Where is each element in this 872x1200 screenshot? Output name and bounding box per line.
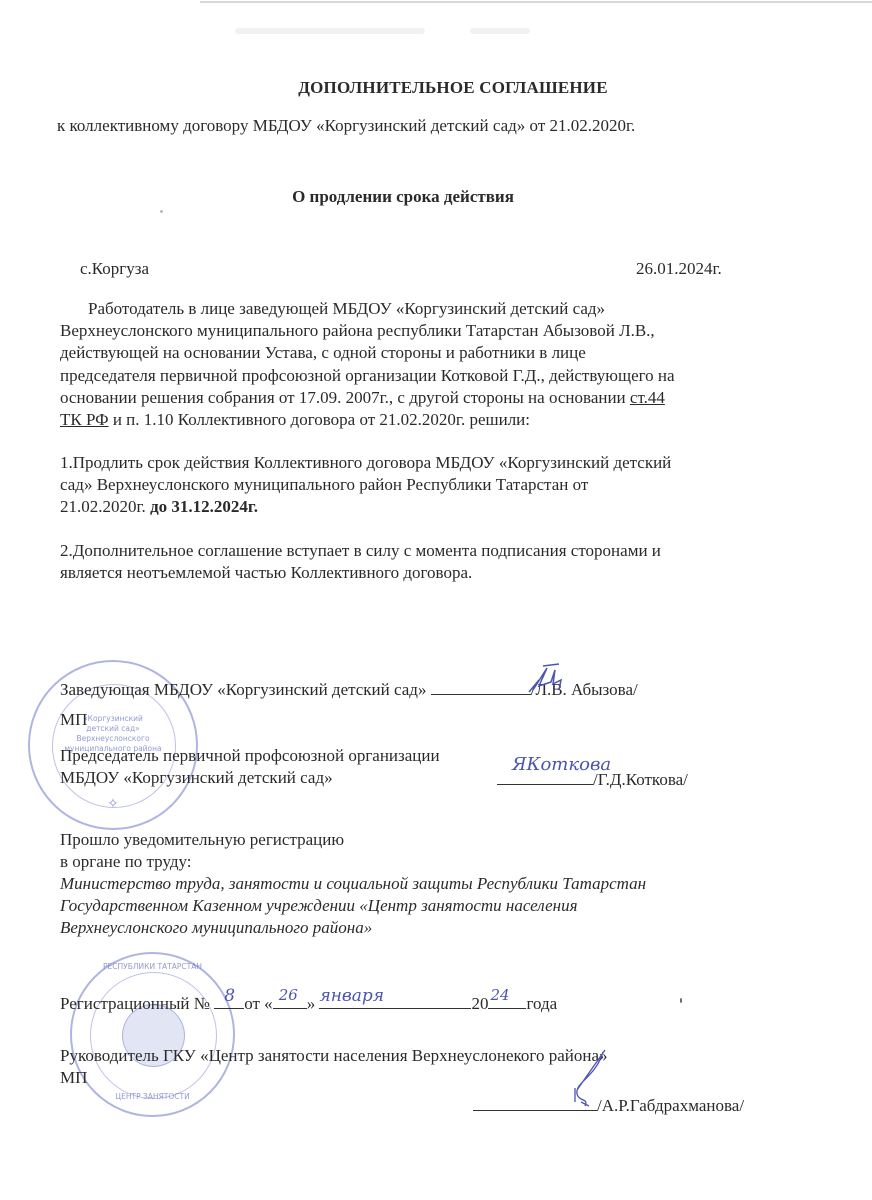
- preamble-line: ТК РФ и п. 1.10 Коллективного договора о…: [60, 409, 800, 431]
- year-value: 24: [490, 986, 509, 1004]
- day-field: 26: [273, 992, 307, 1009]
- registration-number-label: Регистрационный №: [60, 994, 210, 1013]
- head-signature-line: [431, 678, 531, 695]
- year-label: года: [526, 994, 557, 1013]
- stamp-text: ЦЕНТР ЗАНЯТОСТИ: [72, 1092, 233, 1101]
- registration-org-line2: Государственном Казенном учреждении «Цен…: [60, 896, 578, 916]
- director-name: /А.Р.Габдрахманова/: [597, 1096, 744, 1115]
- day-value: 26: [279, 986, 298, 1004]
- stamp-text: Верхнеуслонского: [30, 734, 196, 743]
- stamp-star-icon: ✧: [30, 800, 196, 809]
- item-1-line: 1.Продлить срок действия Коллективного д…: [60, 452, 800, 474]
- scan-edge-line: [200, 1, 872, 3]
- preamble-line: Верхнеуслонского муниципального района р…: [60, 320, 800, 342]
- head-role: Заведующая МБДОУ «Коргузинский детский с…: [60, 680, 426, 699]
- director-signature-line: [473, 1094, 597, 1111]
- registration-number-row: Регистрационный № 8от «26» января2024год…: [60, 992, 557, 1014]
- year-field: 24: [488, 992, 526, 1009]
- day-close: »: [307, 994, 316, 1013]
- director-signature-row: /А.Р.Габдрахманова/: [473, 1094, 744, 1116]
- document-date: 26.01.2024г.: [636, 259, 722, 279]
- item-2-line: является неотъемлемой частью Коллективно…: [60, 562, 800, 584]
- preamble-text: и п. 1.10 Коллективного договора от 21.0…: [109, 410, 530, 429]
- document-title: ДОПОЛНИТЕЛЬНОЕ СОГЛАШЕНИЕ: [0, 78, 872, 98]
- stamp-text: «Коргузинский: [30, 714, 196, 723]
- preamble-paragraph: Работодатель в лице заведующей МБДОУ «Ко…: [60, 298, 800, 431]
- month-value: января: [319, 986, 384, 1006]
- preamble-line: основании решения собрания от 17.09. 200…: [60, 387, 800, 409]
- registration-number-value: 8: [224, 986, 235, 1006]
- month-field: января: [319, 992, 471, 1009]
- item-2-paragraph: 2.Дополнительное соглашение вступает в с…: [60, 540, 800, 584]
- scan-speck: [160, 210, 163, 213]
- labor-code-reference-link[interactable]: ТК РФ: [60, 410, 109, 429]
- item-1-line: 21.02.2020г. до 31.12.2024г.: [60, 496, 800, 518]
- place: с.Коргуза: [80, 259, 149, 279]
- stamp-text: детский сад»: [30, 724, 196, 733]
- preamble-line: Работодатель в лице заведующей МБДОУ «Ко…: [60, 298, 800, 320]
- head-handwritten-signature: [525, 662, 571, 698]
- stamp-text: РЕСПУБЛИКИ ТАТАРСТАН: [72, 962, 233, 971]
- document-topic: О продлении срока действия: [0, 187, 806, 207]
- union-handwritten-signature: ЯКоткова: [512, 754, 611, 775]
- union-role-line1: Председатель первичной профсоюзной орган…: [60, 746, 440, 766]
- director-seal-label: МП: [60, 1068, 87, 1088]
- scan-speck: [680, 998, 682, 1003]
- registration-line2: в органе по труду:: [60, 852, 192, 872]
- registration-line1: Прошло уведомительную регистрацию: [60, 830, 344, 850]
- head-seal-label: МП: [60, 710, 87, 730]
- preamble-line: председателя первичной профсоюзной орган…: [60, 365, 800, 387]
- bleed-through-mark: [470, 28, 530, 34]
- registration-org-line3: Верхнеуслонского муниципального района»: [60, 918, 372, 938]
- document-subtitle: к коллективному договору МБДОУ «Коргузин…: [57, 116, 635, 136]
- preamble-text: основании решения собрания от 17.09. 200…: [60, 388, 630, 407]
- employment-center-stamp: РЕСПУБЛИКИ ТАТАРСТАН ЦЕНТР ЗАНЯТОСТИ: [70, 952, 235, 1117]
- new-expiry-date: до 31.12.2024г.: [150, 497, 258, 516]
- item-2-line: 2.Дополнительное соглашение вступает в с…: [60, 540, 800, 562]
- registration-number-field: 8: [214, 992, 244, 1009]
- preamble-line: действующей на основании Устава, с одной…: [60, 342, 800, 364]
- registration-org-line1: Министерство труда, занятости и социальн…: [60, 874, 646, 894]
- item-1-text: 21.02.2020г.: [60, 497, 150, 516]
- director-role: Руководитель ГКУ «Центр занятости населе…: [60, 1046, 608, 1066]
- from-label: от «: [244, 994, 272, 1013]
- bleed-through-mark: [235, 28, 425, 34]
- article-reference-link[interactable]: ст.44: [630, 388, 665, 407]
- item-1-line: сад» Верхнеуслонского муниципального рай…: [60, 474, 800, 496]
- union-role-line2: МБДОУ «Коргузинский детский сад»: [60, 768, 333, 788]
- year-prefix: 20: [471, 994, 488, 1013]
- item-1-paragraph: 1.Продлить срок действия Коллективного д…: [60, 452, 800, 519]
